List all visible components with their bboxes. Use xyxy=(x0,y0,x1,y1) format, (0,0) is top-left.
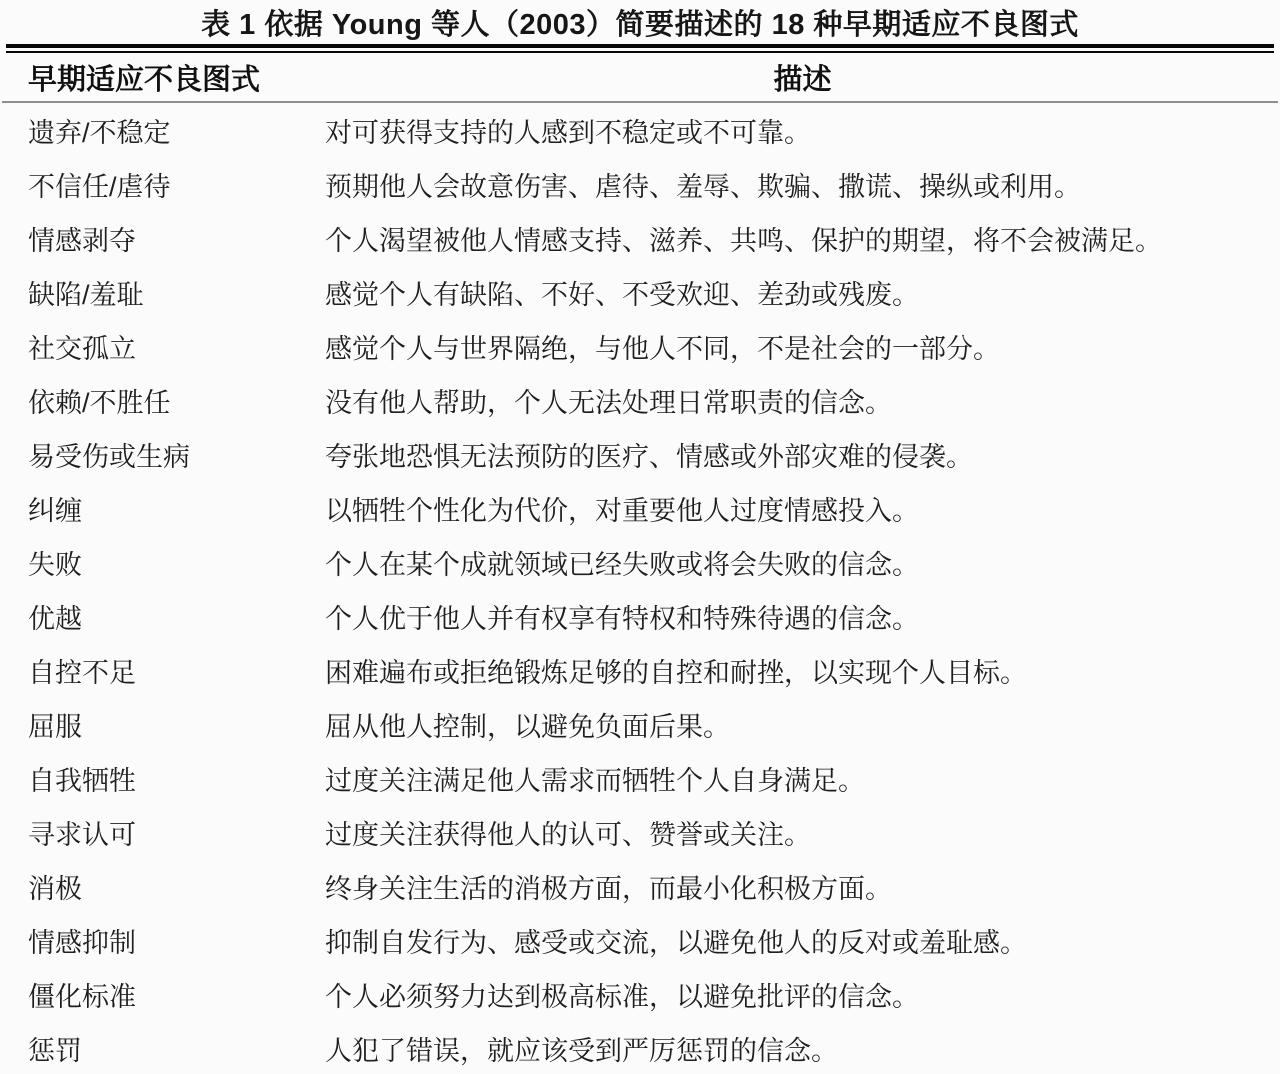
description-cell: 感觉个人有缺陷、不好、不受欢迎、差劲或残废。 xyxy=(325,273,1280,312)
table-row: 易受伤或生病 夸张地恐惧无法预防的医疗、情感或外部灾难的侵袭。 xyxy=(0,427,1280,481)
column-header-description: 描述 xyxy=(325,57,1280,98)
description-cell: 个人必须努力达到极高标准，以避免批评的信念。 xyxy=(325,975,1280,1014)
description-cell: 感觉个人与世界隔绝，与他人不同，不是社会的一部分。 xyxy=(325,327,1280,366)
table-header-row: 早期适应不良图式 描述 xyxy=(0,53,1280,101)
table-row: 社交孤立 感觉个人与世界隔绝，与他人不同，不是社会的一部分。 xyxy=(0,319,1280,373)
description-cell: 终身关注生活的消极方面，而最小化积极方面。 xyxy=(325,867,1280,906)
table-row: 失败 个人在某个成就领域已经失败或将会失败的信念。 xyxy=(0,535,1280,589)
column-header-schema: 早期适应不良图式 xyxy=(28,57,325,98)
description-cell: 对可获得支持的人感到不稳定或不可靠。 xyxy=(325,111,1280,150)
table-row: 缺陷/羞耻 感觉个人有缺陷、不好、不受欢迎、差劲或残废。 xyxy=(0,265,1280,319)
description-cell: 抑制自发行为、感受或交流，以避免他人的反对或羞耻感。 xyxy=(325,921,1280,960)
table-row: 依赖/不胜任 没有他人帮助，个人无法处理日常职责的信念。 xyxy=(0,373,1280,427)
table-row: 僵化标准 个人必须努力达到极高标准，以避免批评的信念。 xyxy=(0,967,1280,1021)
top-double-rule xyxy=(6,44,1274,53)
schema-name-cell: 不信任/虐待 xyxy=(28,165,325,204)
schema-name-cell: 自我牺牲 xyxy=(28,759,325,798)
schema-name-cell: 依赖/不胜任 xyxy=(28,381,325,420)
table-row: 自我牺牲 过度关注满足他人需求而牺牲个人自身满足。 xyxy=(0,751,1280,805)
schema-name-cell: 缺陷/羞耻 xyxy=(28,273,325,312)
description-cell: 过度关注满足他人需求而牺牲个人自身满足。 xyxy=(325,759,1280,798)
schema-name-cell: 优越 xyxy=(28,597,325,636)
description-cell: 没有他人帮助，个人无法处理日常职责的信念。 xyxy=(325,381,1280,420)
schema-name-cell: 屈服 xyxy=(28,705,325,744)
schema-name-cell: 情感剥夺 xyxy=(28,219,325,258)
description-cell: 夸张地恐惧无法预防的医疗、情感或外部灾难的侵袭。 xyxy=(325,435,1280,474)
description-cell: 个人在某个成就领域已经失败或将会失败的信念。 xyxy=(325,543,1280,582)
description-cell: 困难遍布或拒绝锻炼足够的自控和耐挫，以实现个人目标。 xyxy=(325,651,1280,690)
description-cell: 过度关注获得他人的认可、赞誉或关注。 xyxy=(325,813,1280,852)
schema-name-cell: 寻求认可 xyxy=(28,813,325,852)
table-row: 遗弃/不稳定 对可获得支持的人感到不稳定或不可靠。 xyxy=(0,103,1280,157)
table-row: 惩罚 人犯了错误，就应该受到严厉惩罚的信念。 xyxy=(0,1021,1280,1074)
schema-table: 表 1 依据 Young 等人（2003）简要描述的 18 种早期适应不良图式 … xyxy=(0,0,1280,1074)
table-row: 消极 终身关注生活的消极方面，而最小化积极方面。 xyxy=(0,859,1280,913)
table-row: 自控不足 困难遍布或拒绝锻炼足够的自控和耐挫，以实现个人目标。 xyxy=(0,643,1280,697)
description-cell: 人犯了错误，就应该受到严厉惩罚的信念。 xyxy=(325,1029,1280,1068)
description-cell: 预期他人会故意伤害、虐待、羞辱、欺骗、撒谎、操纵或利用。 xyxy=(325,165,1280,204)
schema-name-cell: 惩罚 xyxy=(28,1029,325,1068)
schema-name-cell: 易受伤或生病 xyxy=(28,435,325,474)
table-row: 寻求认可 过度关注获得他人的认可、赞誉或关注。 xyxy=(0,805,1280,859)
schema-name-cell: 消极 xyxy=(28,867,325,906)
schema-name-cell: 情感抑制 xyxy=(28,921,325,960)
table-body: 遗弃/不稳定 对可获得支持的人感到不稳定或不可靠。 不信任/虐待 预期他人会故意… xyxy=(0,103,1280,1074)
description-cell: 屈从他人控制，以避免负面后果。 xyxy=(325,705,1280,744)
description-cell: 以牺牲个性化为代价，对重要他人过度情感投入。 xyxy=(325,489,1280,528)
schema-name-cell: 自控不足 xyxy=(28,651,325,690)
table-row: 优越 个人优于他人并有权享有特权和特殊待遇的信念。 xyxy=(0,589,1280,643)
schema-name-cell: 纠缠 xyxy=(28,489,325,528)
table-row: 情感抑制 抑制自发行为、感受或交流，以避免他人的反对或羞耻感。 xyxy=(0,913,1280,967)
table-row: 不信任/虐待 预期他人会故意伤害、虐待、羞辱、欺骗、撒谎、操纵或利用。 xyxy=(0,157,1280,211)
table-row: 情感剥夺 个人渴望被他人情感支持、滋养、共鸣、保护的期望，将不会被满足。 xyxy=(0,211,1280,265)
schema-name-cell: 社交孤立 xyxy=(28,327,325,366)
schema-name-cell: 遗弃/不稳定 xyxy=(28,111,325,150)
description-cell: 个人优于他人并有权享有特权和特殊待遇的信念。 xyxy=(325,597,1280,636)
table-row: 纠缠 以牺牲个性化为代价，对重要他人过度情感投入。 xyxy=(0,481,1280,535)
table-title: 表 1 依据 Young 等人（2003）简要描述的 18 种早期适应不良图式 xyxy=(0,0,1280,43)
description-cell: 个人渴望被他人情感支持、滋养、共鸣、保护的期望，将不会被满足。 xyxy=(325,219,1280,258)
schema-name-cell: 失败 xyxy=(28,543,325,582)
table-row: 屈服 屈从他人控制，以避免负面后果。 xyxy=(0,697,1280,751)
schema-name-cell: 僵化标准 xyxy=(28,975,325,1014)
